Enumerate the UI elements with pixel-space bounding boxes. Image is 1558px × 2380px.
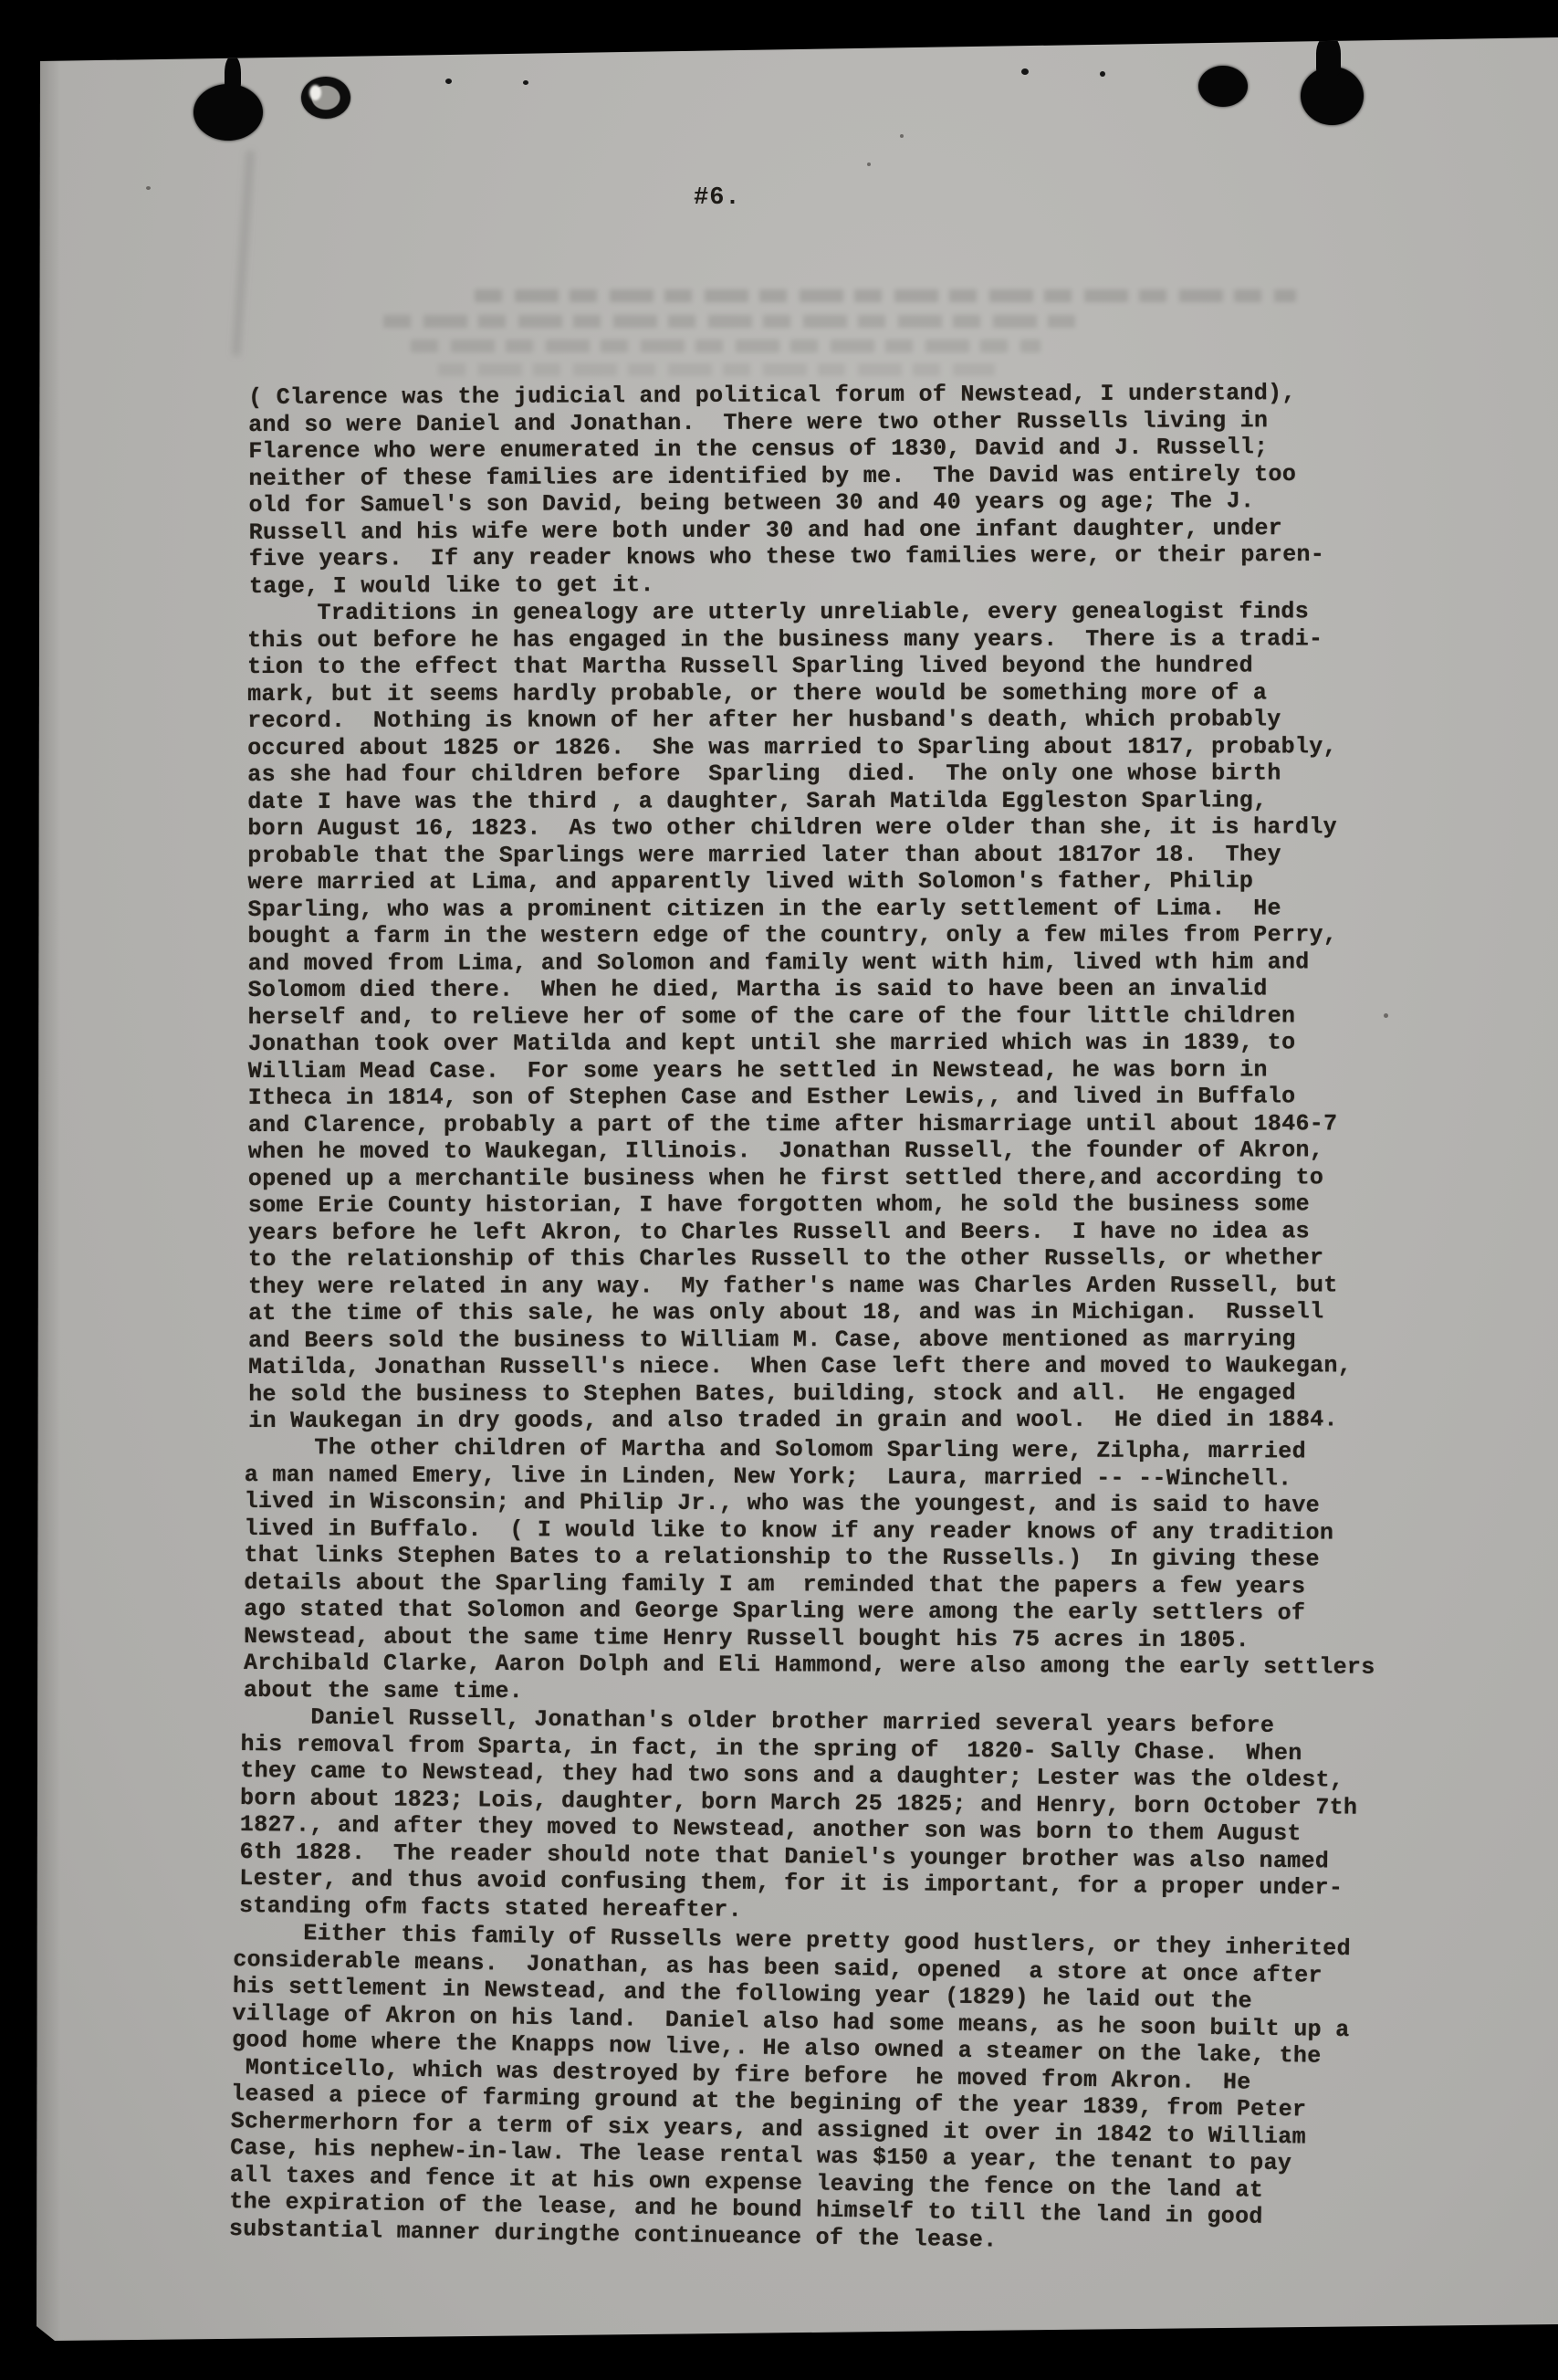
punch-hole-right-torn <box>1301 67 1364 125</box>
ghost-text-line <box>383 315 1086 328</box>
document-page: #6. ( Clarence was the judicial and poli… <box>0 0 1558 2380</box>
page-number: #6. <box>694 184 741 212</box>
punch-hole-left-ring <box>301 77 350 119</box>
ghost-text-line <box>475 289 1296 302</box>
scan-speck <box>523 80 528 85</box>
paragraph-daniel-russell: Daniel Russell, Jonathan's older brother… <box>239 1704 1500 1930</box>
scan-speck <box>445 79 452 84</box>
scan-speck <box>1100 71 1105 77</box>
scan-speck <box>900 134 904 138</box>
paragraph-either-family: Either this family of Russells were pret… <box>229 1919 1493 2260</box>
paragraph-other-children: The other children of Martha and Solomom… <box>244 1434 1504 1708</box>
scan-speck <box>1021 68 1029 75</box>
paragraph-intro-russells: ( Clarence was the judicial and politica… <box>248 379 1509 600</box>
punch-hole-right-small <box>1198 66 1248 107</box>
punch-hole-left-torn <box>193 84 263 141</box>
scan-speck <box>146 186 151 190</box>
paragraph-traditions-sparling: Traditions in genealogy are utterly unre… <box>247 598 1508 1434</box>
scan-speck <box>867 163 871 166</box>
ghost-text-line <box>411 340 1040 352</box>
scan-smudge <box>232 151 255 356</box>
ghost-text-line <box>438 363 995 376</box>
